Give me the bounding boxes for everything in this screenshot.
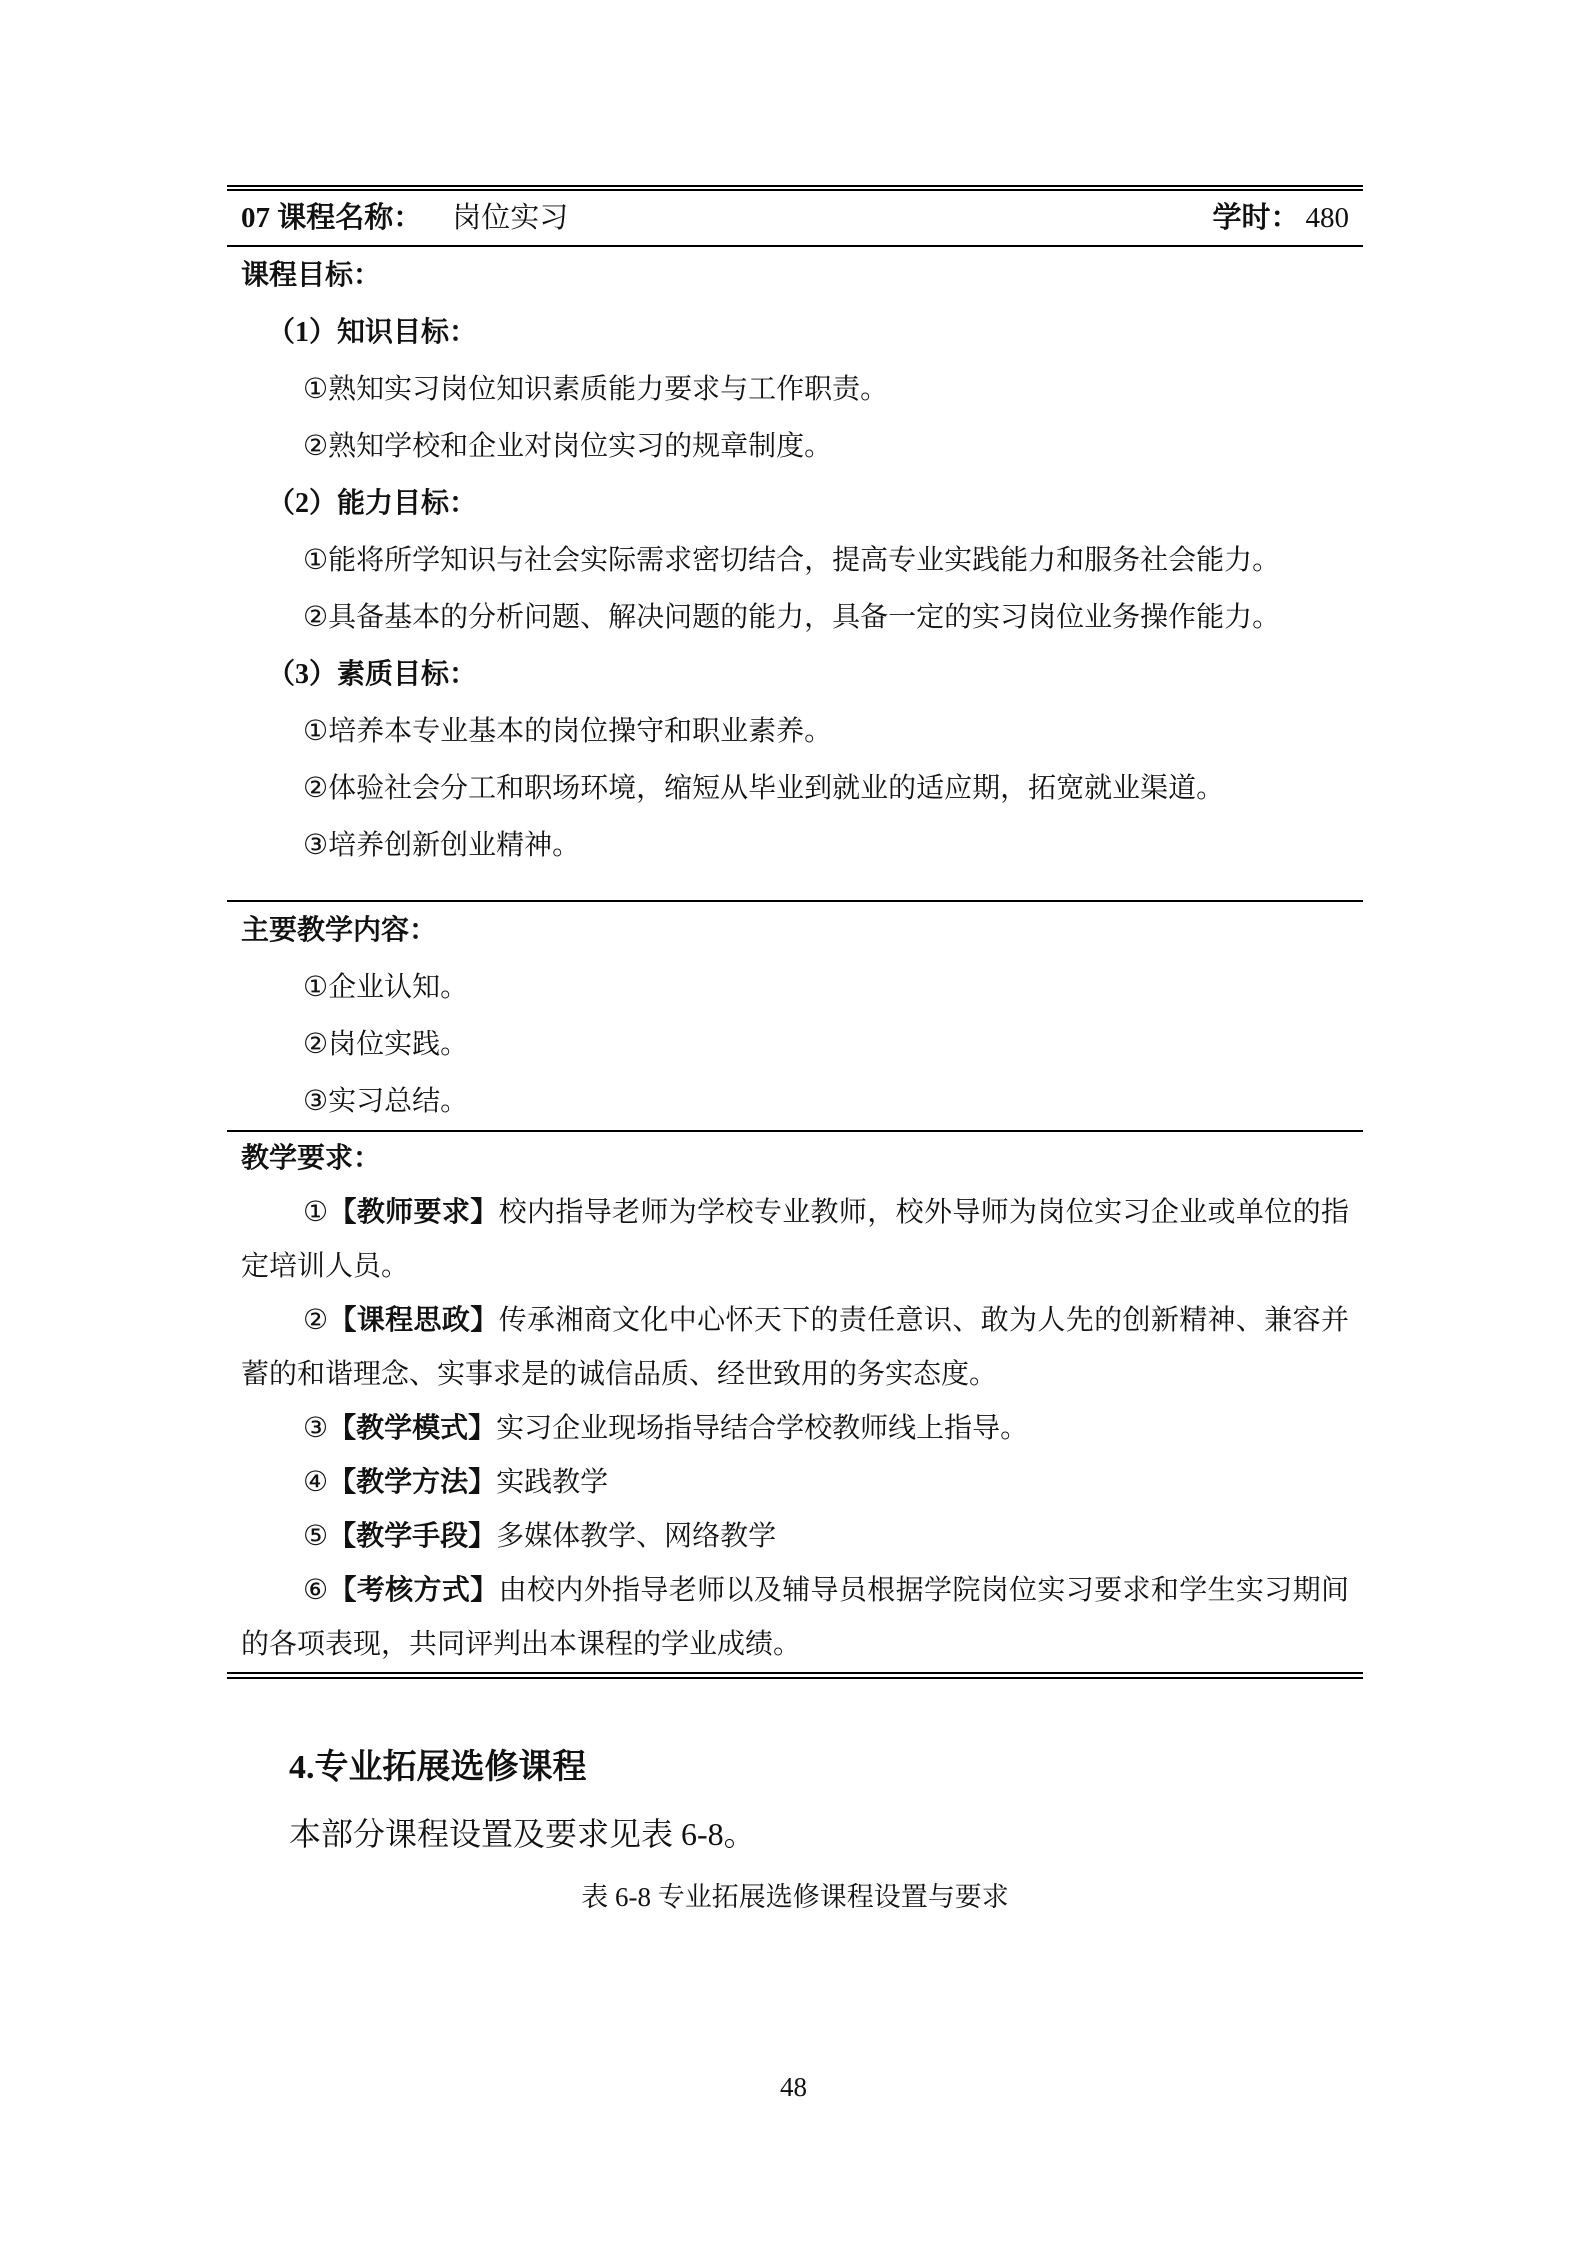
- objective-item: ②具备基本的分析问题、解决问题的能力，具备一定的实习岗位业务操作能力。: [241, 589, 1349, 646]
- requirement-text: 实践教学: [496, 1467, 608, 1498]
- objective-item: ②体验社会分工和职场环境，缩短从毕业到就业的适应期，拓宽就业渠道。: [241, 760, 1349, 817]
- course-name-cell: 07 课程名称：岗位实习: [241, 191, 568, 245]
- objective-item: ③培养创新创业精神。: [241, 817, 1349, 874]
- document-page: 07 课程名称：岗位实习 学时：480 课程目标： （1）知识目标： ①熟知实习…: [0, 0, 1587, 2245]
- objective-item: ①熟知实习岗位知识素质能力要求与工作职责。: [241, 361, 1349, 418]
- section-main-content: 主要教学内容： ①企业认知。 ②岗位实践。 ③实习总结。: [227, 902, 1363, 1132]
- objectives-title: 课程目标：: [241, 247, 1349, 304]
- section-objectives: 课程目标： （1）知识目标： ①熟知实习岗位知识素质能力要求与工作职责。 ②熟知…: [227, 247, 1363, 902]
- next-section: 4.专业拓展选修课程 本部分课程设置及要求见表 6-8。 表 6-8 专业拓展选…: [227, 1748, 1363, 1914]
- requirement-num: ⑥: [303, 1575, 328, 1606]
- section-requirements: 教学要求： ①【教师要求】校内指导老师为学校专业教师，校外导师为岗位实习企业或单…: [227, 1132, 1363, 1672]
- course-name-label: 07 课程名称：: [241, 202, 422, 234]
- requirement-tag: 【教学模式】: [328, 1413, 496, 1444]
- objective-group-heading: （3）素质目标：: [241, 646, 1349, 703]
- requirement-num: ③: [303, 1413, 328, 1444]
- requirement-item: ②【课程思政】传承湘商文化中心怀天下的责任意识、敢为人先的创新精神、兼容并蓄的和…: [241, 1294, 1349, 1402]
- course-hours-cell: 学时：480: [1212, 191, 1349, 245]
- requirement-num: ⑤: [303, 1521, 328, 1552]
- page-number: 48: [0, 2072, 1587, 2103]
- objective-group-heading: （1）知识目标：: [241, 304, 1349, 361]
- requirement-item: ⑥【考核方式】由校内外指导老师以及辅导员根据学院岗位实习要求和学生实习期间的各项…: [241, 1564, 1349, 1672]
- requirement-text: 实习企业现场指导结合学校教师线上指导。: [496, 1413, 1028, 1444]
- objective-item: ①培养本专业基本的岗位操守和职业素养。: [241, 703, 1349, 760]
- content-item: ②岗位实践。: [241, 1016, 1349, 1073]
- hours-value: 480: [1306, 202, 1350, 234]
- content-item: ③实习总结。: [241, 1073, 1349, 1130]
- requirement-item: ①【教师要求】校内指导老师为学校专业教师，校外导师为岗位实习企业或单位的指定培训…: [241, 1186, 1349, 1294]
- requirements-title: 教学要求：: [241, 1132, 1349, 1186]
- requirement-item: ④【教学方法】实践教学: [241, 1456, 1349, 1510]
- requirement-item: ③【教学模式】实习企业现场指导结合学校教师线上指导。: [241, 1402, 1349, 1456]
- requirement-tag: 【考核方式】: [328, 1575, 498, 1606]
- content-item: ①企业认知。: [241, 959, 1349, 1016]
- next-section-paragraph: 本部分课程设置及要求见表 6-8。: [227, 1814, 1363, 1854]
- requirement-num: ④: [303, 1467, 328, 1498]
- requirement-num: ②: [303, 1305, 328, 1336]
- requirement-tag: 【课程思政】: [328, 1305, 498, 1336]
- next-section-heading: 4.专业拓展选修课程: [227, 1748, 1363, 1788]
- requirement-num: ①: [303, 1197, 328, 1228]
- objective-group-heading: （2）能力目标：: [241, 475, 1349, 532]
- requirement-tag: 【教学方法】: [328, 1467, 496, 1498]
- objective-item: ②熟知学校和企业对岗位实习的规章制度。: [241, 418, 1349, 475]
- requirement-item: ⑤【教学手段】多媒体教学、网络教学: [241, 1510, 1349, 1564]
- table-caption: 表 6-8 专业拓展选修课程设置与要求: [227, 1880, 1363, 1914]
- main-content-title: 主要教学内容：: [241, 902, 1349, 959]
- requirement-tag: 【教师要求】: [328, 1197, 498, 1228]
- hours-label: 学时：: [1212, 202, 1299, 234]
- course-name-value: 岗位实习: [452, 202, 568, 234]
- requirement-tag: 【教学手段】: [328, 1521, 496, 1552]
- objective-item: ①能将所学知识与社会实际需求密切结合，提高专业实践能力和服务社会能力。: [241, 532, 1349, 589]
- requirement-text: 多媒体教学、网络教学: [496, 1521, 776, 1552]
- course-table: 07 课程名称：岗位实习 学时：480 课程目标： （1）知识目标： ①熟知实习…: [227, 185, 1363, 1679]
- course-header-row: 07 课程名称：岗位实习 学时：480: [227, 191, 1363, 247]
